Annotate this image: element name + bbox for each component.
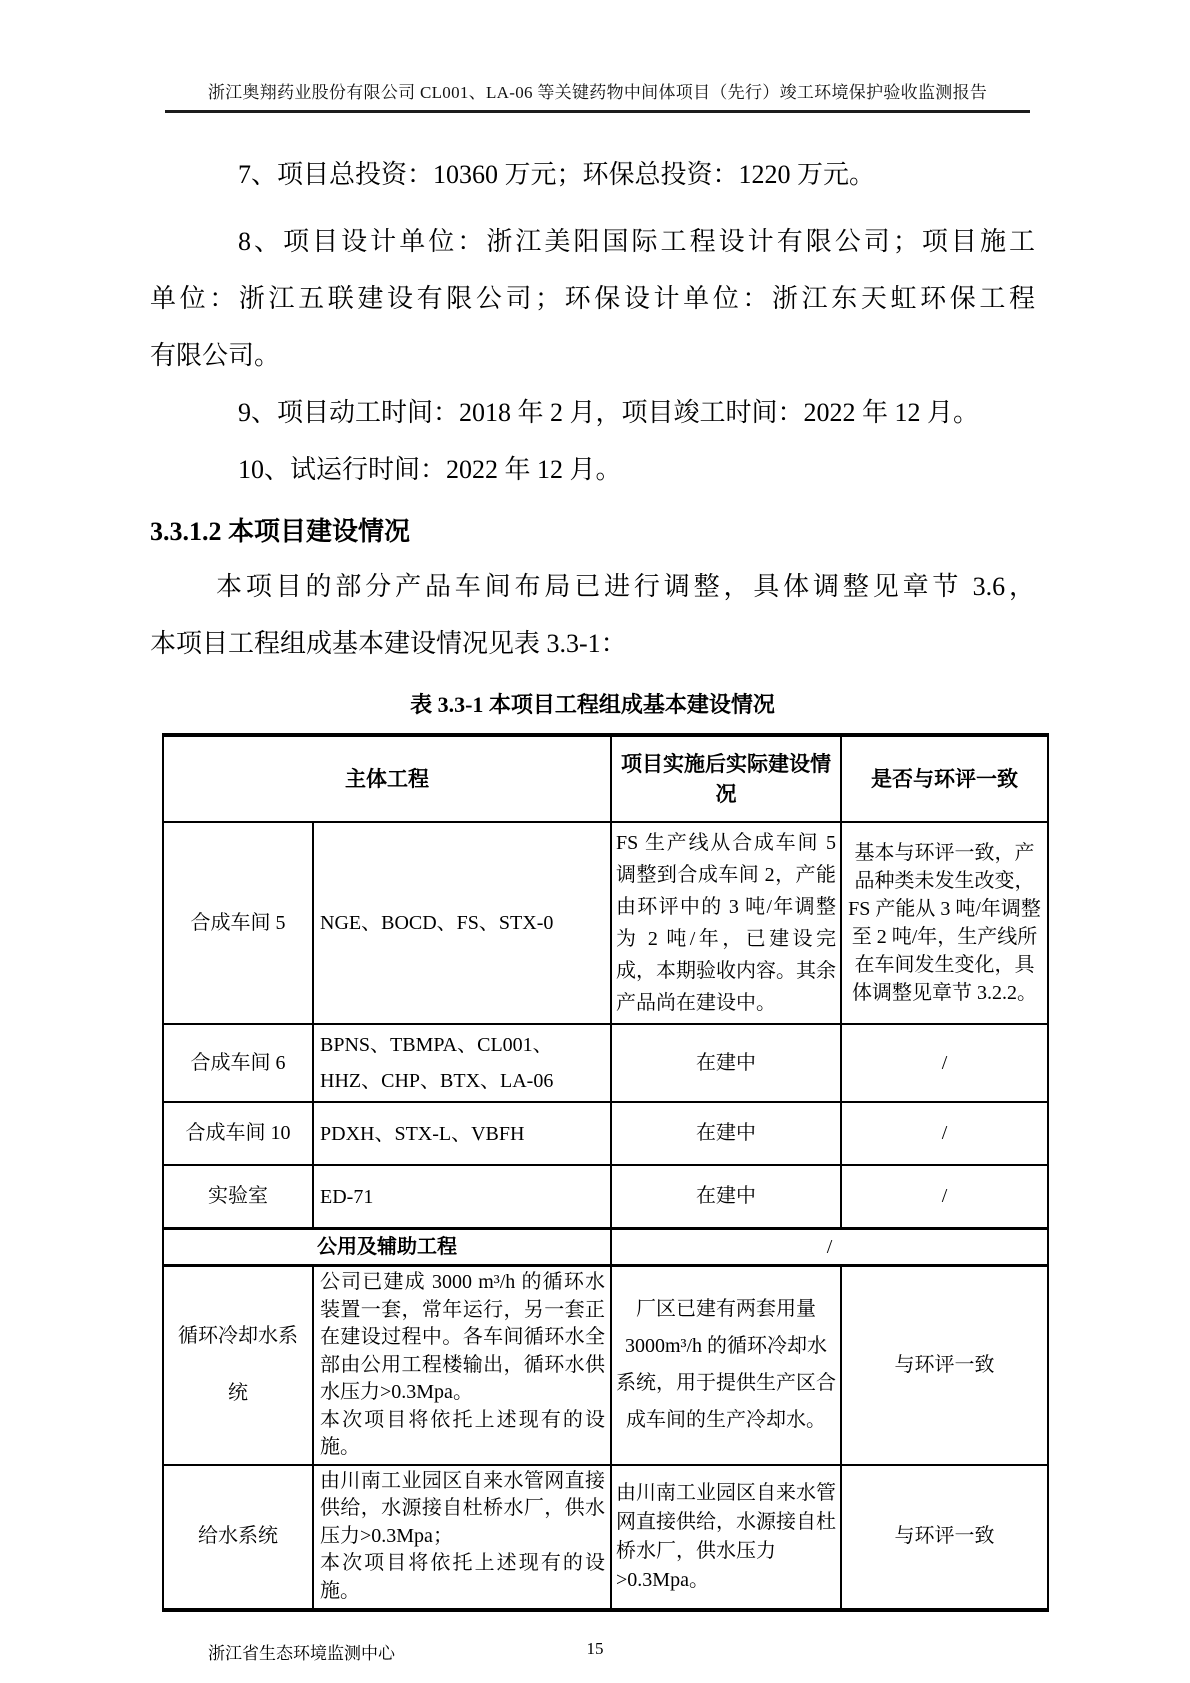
paragraph-start-completion-time: 9、项目动工时间：2018 年 2 月，项目竣工时间：2022 年 12 月。 (150, 384, 1035, 441)
cell-cooling-water-description: 公司已建成 3000 m³/h 的循环水装置一套，常年运行，另一套正在建设过程中… (313, 1266, 611, 1465)
document-page: 浙江奥翔药业股份有限公司 CL001、LA-06 等关键药物中间体项目（先行）竣… (0, 0, 1190, 1683)
section-intro-line1: 本项目的部分产品车间布局已进行调整，具体调整见章节 3.6， (150, 558, 1035, 615)
page-footer: 浙江省生态环境监测中心 15 (150, 1639, 1040, 1661)
paragraph-design-units-line1: 8、项目设计单位：浙江美阳国际工程设计有限公司；项目施工 (150, 213, 1035, 270)
cell-laboratory-consistency: / (841, 1165, 1048, 1229)
cell-cooling-water-consistency: 与环评一致 (841, 1266, 1048, 1465)
cell-laboratory-products: ED-71 (313, 1165, 611, 1229)
paragraph-investment: 7、项目总投资：10360 万元；环保总投资：1220 万元。 (150, 146, 1035, 203)
section-intro-line2: 本项目工程组成基本建设情况见表 3.3-1： (150, 615, 1035, 672)
table-row-workshop-6: 合成车间 6 BPNS、TBMPA、CL001、HHZ、CHP、BTX、LA-0… (163, 1024, 1048, 1102)
cell-utility-section-label: 公用及辅助工程 (163, 1229, 611, 1266)
cell-water-supply-consistency: 与环评一致 (841, 1465, 1048, 1610)
cell-workshop5-products: NGE、BOCD、FS、STX-0 (313, 822, 611, 1024)
cell-workshop5-actual: FS 生产线从合成车间 5 调整到合成车间 2，产能由环评中的 3 吨/年调整为… (611, 822, 841, 1024)
cell-workshop6-products: BPNS、TBMPA、CL001、HHZ、CHP、BTX、LA-06 (313, 1024, 611, 1102)
cell-laboratory-actual: 在建中 (611, 1165, 841, 1229)
section-heading: 3.3.1.2 本项目建设情况 (150, 506, 1035, 558)
table-row-utility-section: 公用及辅助工程 / (163, 1229, 1048, 1266)
running-header: 浙江奥翔药业股份有限公司 CL001、LA-06 等关键药物中间体项目（先行）竣… (165, 78, 1030, 113)
document-body: 7、项目总投资：10360 万元；环保总投资：1220 万元。 8、项目设计单位… (150, 146, 1035, 1612)
cell-workshop5-name: 合成车间 5 (163, 822, 313, 1024)
table-row-workshop-5: 合成车间 5 NGE、BOCD、FS、STX-0 FS 生产线从合成车间 5 调… (163, 822, 1048, 1024)
cell-workshop10-products: PDXH、STX-L、VBFH (313, 1102, 611, 1165)
cell-water-supply-actual: 由川南工业园区自来水管网直接供给，水源接自杜桥水厂，供水压力>0.3Mpa。 (611, 1465, 841, 1610)
header-main-project: 主体工程 (163, 735, 611, 822)
header-consistency: 是否与环评一致 (841, 735, 1048, 822)
cell-workshop5-consistency: 基本与环评一致，产品种类未发生改变，FS 产能从 3 吨/年调整至 2 吨/年，… (841, 822, 1048, 1024)
cell-utility-section-value: / (611, 1229, 1048, 1266)
cell-water-supply-name: 给水系统 (163, 1465, 313, 1610)
table-row-laboratory: 实验室 ED-71 在建中 / (163, 1165, 1048, 1229)
table-caption: 表 3.3-1 本项目工程组成基本建设情况 (150, 690, 1035, 720)
running-header-title: 浙江奥翔药业股份有限公司 CL001、LA-06 等关键药物中间体项目（先行）竣… (165, 78, 1030, 103)
running-header-rule (165, 110, 1030, 113)
table-row-workshop-10: 合成车间 10 PDXH、STX-L、VBFH 在建中 / (163, 1102, 1048, 1165)
cell-workshop6-consistency: / (841, 1024, 1048, 1102)
footer-page-number: 15 (150, 1639, 1040, 1659)
table-row-cooling-water: 循环冷却水系统 公司已建成 3000 m³/h 的循环水装置一套，常年运行，另一… (163, 1266, 1048, 1465)
cell-cooling-water-actual: 厂区已建有两套用量 3000m³/h 的循环冷却水系统，用于提供生产区合成车间的… (611, 1266, 841, 1465)
paragraph-design-units: 8、项目设计单位：浙江美阳国际工程设计有限公司；项目施工 单位：浙江五联建设有限… (150, 213, 1035, 384)
project-composition-table: 主体工程 项目实施后实际建设情况 是否与环评一致 合成车间 5 NGE、BOCD… (162, 733, 1049, 1612)
section-intro: 本项目的部分产品车间布局已进行调整，具体调整见章节 3.6， 本项目工程组成基本… (150, 558, 1035, 672)
header-actual-construction: 项目实施后实际建设情况 (611, 735, 841, 822)
cell-workshop10-consistency: / (841, 1102, 1048, 1165)
paragraph-design-units-line2: 单位：浙江五联建设有限公司；环保设计单位：浙江东天虹环保工程 (150, 270, 1035, 327)
table-header-row: 主体工程 项目实施后实际建设情况 是否与环评一致 (163, 735, 1048, 822)
paragraph-design-units-line3: 有限公司。 (150, 327, 1035, 384)
cell-water-supply-description: 由川南工业园区自来水管网直接供给，水源接自杜桥水厂，供水压力>0.3Mpa； 本… (313, 1465, 611, 1610)
cell-workshop6-name: 合成车间 6 (163, 1024, 313, 1102)
cell-cooling-water-name: 循环冷却水系统 (163, 1266, 313, 1465)
table-row-water-supply: 给水系统 由川南工业园区自来水管网直接供给，水源接自杜桥水厂，供水压力>0.3M… (163, 1465, 1048, 1610)
cell-workshop10-name: 合成车间 10 (163, 1102, 313, 1165)
cell-laboratory-name: 实验室 (163, 1165, 313, 1229)
paragraph-trial-run-time: 10、试运行时间：2022 年 12 月。 (150, 441, 1035, 498)
cell-workshop6-actual: 在建中 (611, 1024, 841, 1102)
cell-workshop10-actual: 在建中 (611, 1102, 841, 1165)
